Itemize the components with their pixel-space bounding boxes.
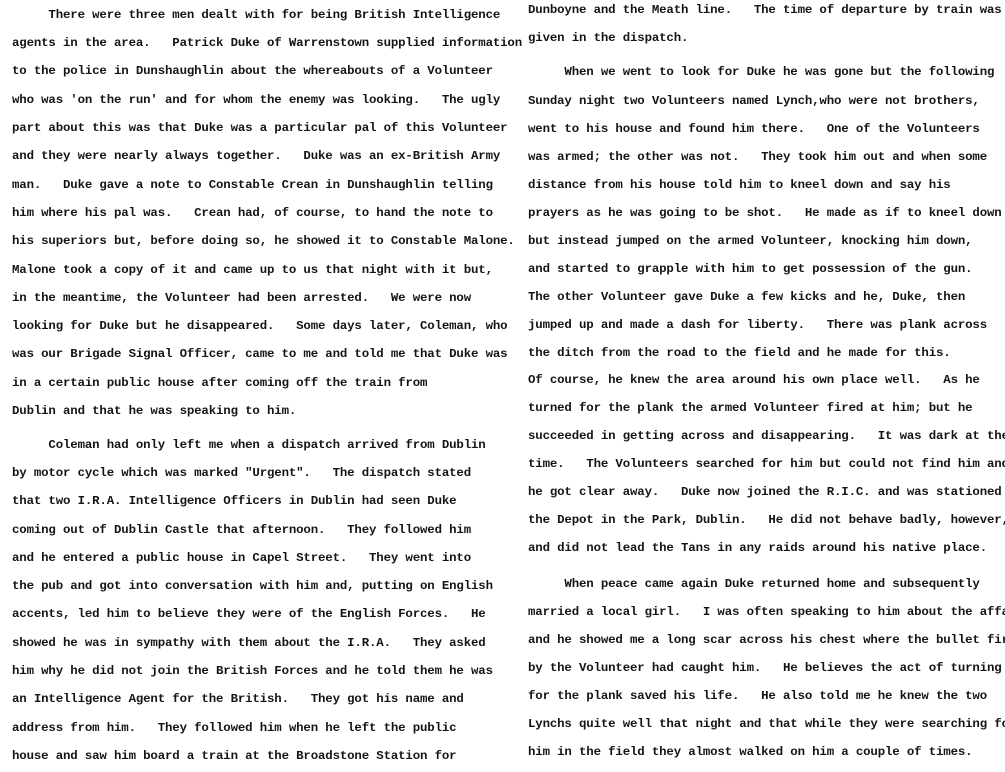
text-line: Sunday night two Volunteers named Lynch,…: [528, 93, 980, 109]
text-line: him in the field they almost walked on h…: [528, 744, 972, 760]
text-line: given in the dispatch.: [528, 30, 688, 46]
text-line: address from him. They followed him when…: [12, 720, 456, 736]
text-line: was armed; the other was not. They took …: [528, 149, 987, 165]
text-line: Dublin and that he was speaking to him.: [12, 403, 296, 419]
text-line: his superiors but, before doing so, he s…: [12, 233, 515, 249]
text-line: that two I.R.A. Intelligence Officers in…: [12, 493, 456, 509]
text-line: Coleman had only left me when a dispatch…: [12, 437, 486, 453]
text-line: he got clear away. Duke now joined the R…: [528, 484, 1005, 500]
text-line: time. The Volunteers searched for him bu…: [528, 456, 1005, 472]
text-line: Lynchs quite well that night and that wh…: [528, 716, 1005, 732]
text-line: looking for Duke but he disappeared. Som…: [12, 318, 507, 334]
text-line: Malone took a copy of it and came up to …: [12, 262, 493, 278]
text-line: house and saw him board a train at the B…: [12, 748, 456, 764]
text-line: part about this was that Duke was a part…: [12, 120, 507, 136]
text-line: succeeded in getting across and disappea…: [528, 428, 1005, 444]
text-line: When peace came again Duke returned home…: [528, 576, 980, 592]
text-line: jumped up and made a dash for liberty. T…: [528, 317, 987, 333]
text-line: and did not lead the Tans in any raids a…: [528, 540, 987, 556]
text-line: and started to grapple with him to get p…: [528, 261, 972, 277]
text-line: by motor cycle which was marked "Urgent"…: [12, 465, 471, 481]
text-line: was our Brigade Signal Officer, came to …: [12, 346, 507, 362]
text-line: and they were nearly always together. Du…: [12, 148, 500, 164]
text-line: When we went to look for Duke he was gon…: [528, 64, 994, 80]
text-line: turned for the plank the armed Volunteer…: [528, 400, 972, 416]
text-line: married a local girl. I was often speaki…: [528, 604, 1005, 620]
text-line: There were three men dealt with for bein…: [12, 7, 500, 23]
text-line: the ditch from the road to the field and…: [528, 345, 951, 361]
text-line: him where his pal was. Crean had, of cou…: [12, 205, 493, 221]
text-line: accents, led him to believe they were of…: [12, 606, 486, 622]
text-line: agents in the area. Patrick Duke of Warr…: [12, 35, 522, 51]
text-line: to the police in Dunshaughlin about the …: [12, 63, 493, 79]
text-line: prayers as he was going to be shot. He m…: [528, 205, 1002, 221]
text-line: who was 'on the run' and for whom the en…: [12, 92, 500, 108]
text-line: in a certain public house after coming o…: [12, 375, 427, 391]
text-line: showed he was in sympathy with them abou…: [12, 635, 486, 651]
text-line: but instead jumped on the armed Voluntee…: [528, 233, 972, 249]
text-line: the pub and got into conversation with h…: [12, 578, 493, 594]
text-line: Dunboyne and the Meath line. The time of…: [528, 2, 1002, 18]
text-line: in the meantime, the Volunteer had been …: [12, 290, 471, 306]
text-line: for the plank saved his life. He also to…: [528, 688, 987, 704]
text-line: distance from his house told him to knee…: [528, 177, 951, 193]
text-line: and he showed me a long scar across his …: [528, 632, 1005, 648]
text-line: an Intelligence Agent for the British. T…: [12, 691, 464, 707]
text-line: went to his house and found him there. O…: [528, 121, 980, 137]
text-line: and he entered a public house in Capel S…: [12, 550, 471, 566]
text-line: by the Volunteer had caught him. He beli…: [528, 660, 1002, 676]
text-line: The other Volunteer gave Duke a few kick…: [528, 289, 965, 305]
text-line: him why he did not join the British Forc…: [12, 663, 493, 679]
text-line: coming out of Dublin Castle that afterno…: [12, 522, 471, 538]
text-line: the Depot in the Park, Dublin. He did no…: [528, 512, 1005, 528]
text-line: Of course, he knew the area around his o…: [528, 372, 980, 388]
text-line: man. Duke gave a note to Constable Crean…: [12, 177, 493, 193]
